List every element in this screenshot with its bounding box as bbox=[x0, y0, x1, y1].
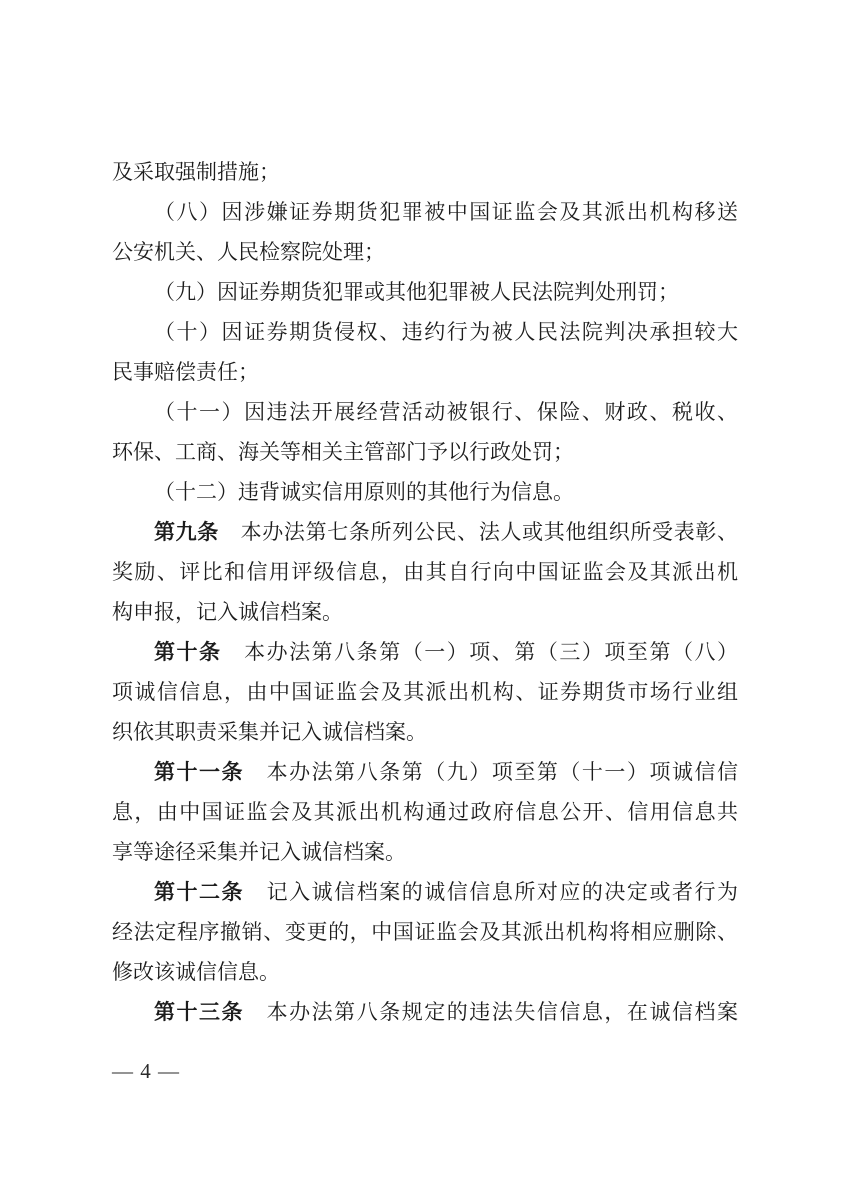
text-segment: 及采取强制措施； bbox=[112, 160, 280, 184]
text-line: 第十一条 本办法第八条第（九）项至第（十一）项诚信信 bbox=[112, 752, 738, 792]
article-number: 第十三条 bbox=[154, 1001, 244, 1024]
document-body: 及采取强制措施；（八）因涉嫌证券期货犯罪被中国证监会及其派出机构移送公安机关、人… bbox=[112, 152, 738, 1032]
text-line: 公安机关、人民检察院处理； bbox=[112, 232, 738, 272]
text-line: （九）因证券期货犯罪或其他犯罪被人民法院判处刑罚； bbox=[112, 272, 738, 312]
text-line: 第十条 本办法第八条第（一）项、第（三）项至第（八） bbox=[112, 632, 738, 672]
text-line: 民事赔偿责任； bbox=[112, 352, 738, 392]
text-segment: （十）因证券期货侵权、违约行为被人民法院判决承担较大 bbox=[154, 320, 738, 344]
text-segment: 本办法第七条所列公民、法人或其他组织所受表彰、 bbox=[219, 520, 738, 544]
text-line: 第九条 本办法第七条所列公民、法人或其他组织所受表彰、 bbox=[112, 512, 738, 552]
text-segment: 奖励、评比和信用评级信息，由其自行向中国证监会及其派出机 bbox=[112, 560, 738, 584]
text-line: （十一）因违法开展经营活动被银行、保险、财政、税收、 bbox=[112, 392, 738, 432]
text-segment: 环保、工商、海关等相关主管部门予以行政处罚； bbox=[112, 440, 574, 464]
text-line: 构申报，记入诚信档案。 bbox=[112, 592, 738, 632]
text-segment: 享等途径采集并记入诚信档案。 bbox=[112, 840, 406, 864]
text-segment: （十一）因违法开展经营活动被银行、保险、财政、税收、 bbox=[154, 400, 738, 424]
text-line: 第十二条 记入诚信档案的诚信信息所对应的决定或者行为 bbox=[112, 872, 738, 912]
text-segment: 公安机关、人民检察院处理； bbox=[112, 240, 385, 264]
text-segment: （八）因涉嫌证券期货犯罪被中国证监会及其派出机构移送 bbox=[154, 200, 738, 224]
text-segment: 经法定程序撤销、变更的，中国证监会及其派出机构将相应删除、 bbox=[112, 920, 738, 944]
text-segment: 织依其职责采集并记入诚信档案。 bbox=[112, 720, 427, 744]
text-line: 享等途径采集并记入诚信档案。 bbox=[112, 832, 738, 872]
text-segment: （十二）违背诚实信用原则的其他行为信息。 bbox=[154, 480, 574, 504]
article-number: 第十二条 bbox=[154, 881, 244, 904]
text-line: 第十三条 本办法第八条规定的违法失信信息，在诚信档案 bbox=[112, 992, 738, 1032]
text-segment: 修改该诚信信息。 bbox=[112, 960, 280, 984]
text-segment: 记入诚信档案的诚信信息所对应的决定或者行为 bbox=[244, 880, 738, 904]
text-line: 环保、工商、海关等相关主管部门予以行政处罚； bbox=[112, 432, 738, 472]
text-line: 经法定程序撤销、变更的，中国证监会及其派出机构将相应删除、 bbox=[112, 912, 738, 952]
document-page: 及采取强制措施；（八）因涉嫌证券期货犯罪被中国证监会及其派出机构移送公安机关、人… bbox=[0, 0, 849, 1200]
text-segment: （九）因证券期货犯罪或其他犯罪被人民法院判处刑罚； bbox=[154, 280, 679, 304]
text-segment: 本办法第八条第（九）项至第（十一）项诚信信 bbox=[244, 760, 738, 784]
text-line: （十二）违背诚实信用原则的其他行为信息。 bbox=[112, 472, 738, 512]
text-segment: 本办法第八条规定的违法失信信息，在诚信档案 bbox=[244, 1000, 738, 1024]
text-line: 织依其职责采集并记入诚信档案。 bbox=[112, 712, 738, 752]
text-line: 项诚信信息，由中国证监会及其派出机构、证券期货市场行业组 bbox=[112, 672, 738, 712]
text-segment: 构申报，记入诚信档案。 bbox=[112, 600, 343, 624]
text-line: （十）因证券期货侵权、违约行为被人民法院判决承担较大 bbox=[112, 312, 738, 352]
text-segment: 本办法第八条第（一）项、第（三）项至第（八） bbox=[222, 640, 738, 664]
text-segment: 民事赔偿责任； bbox=[112, 360, 259, 384]
text-line: 修改该诚信信息。 bbox=[112, 952, 738, 992]
article-number: 第十一条 bbox=[154, 761, 244, 784]
text-line: 息，由中国证监会及其派出机构通过政府信息公开、信用信息共 bbox=[112, 792, 738, 832]
text-line: （八）因涉嫌证券期货犯罪被中国证监会及其派出机构移送 bbox=[112, 192, 738, 232]
text-line: 及采取强制措施； bbox=[112, 152, 738, 192]
text-segment: 项诚信信息，由中国证监会及其派出机构、证券期货市场行业组 bbox=[112, 680, 738, 704]
article-number: 第十条 bbox=[154, 641, 222, 664]
text-segment: 息，由中国证监会及其派出机构通过政府信息公开、信用信息共 bbox=[112, 800, 738, 824]
text-line: 奖励、评比和信用评级信息，由其自行向中国证监会及其派出机 bbox=[112, 552, 738, 592]
page-number: — 4 — bbox=[112, 1058, 180, 1084]
article-number: 第九条 bbox=[154, 521, 219, 544]
